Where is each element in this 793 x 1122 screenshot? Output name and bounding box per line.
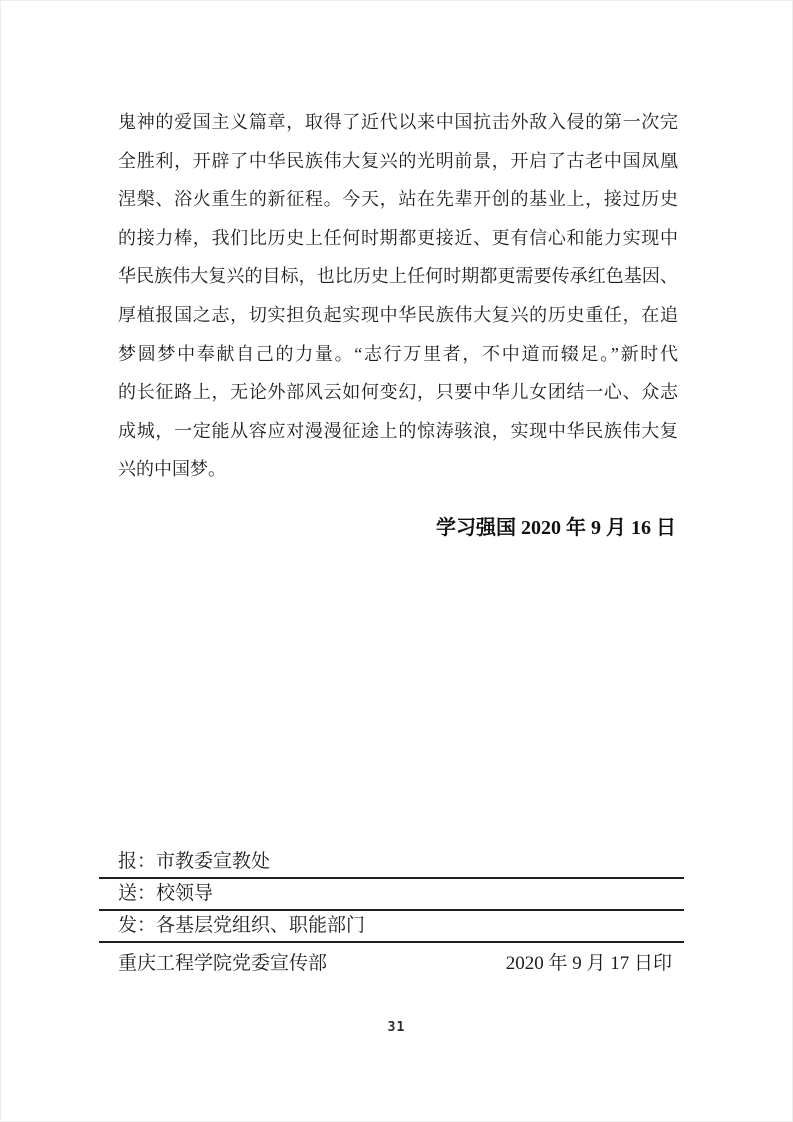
print-date: 2020 年 9 月 17 日印 [506, 950, 672, 978]
body-line: 的接力棒，我们比历史上任何时期都更接近、更有信心和能力实现中 [118, 219, 678, 258]
page-number: 31 [0, 1020, 793, 1035]
distribution-block: 报：市教委宣教处 送：校领导 发：各基层党组织、职能部门 重庆工程学院党委宣传部… [99, 847, 684, 978]
body-line: 成城，一定能从容应对漫漫征途上的惊涛骇浪，实现中华民族伟大复 [118, 412, 678, 451]
body-paragraph: 鬼神的爱国主义篇章，取得了近代以来中国抗击外敌入侵的第一次完 全胜利，开辟了中华… [118, 103, 678, 489]
distribution-row-issue: 发：各基层党组织、职能部门 [99, 911, 684, 943]
signature-date: 学习强国 2020 年 9 月 16 日 [118, 512, 676, 544]
distribution-row-send: 送：校领导 [99, 879, 684, 911]
document-page: 鬼神的爱国主义篇章，取得了近代以来中国抗击外敌入侵的第一次完 全胜利，开辟了中华… [0, 0, 793, 1122]
body-line: 华民族伟大复兴的目标，也比历史上任何时期都更需要传承红色基因、 [118, 257, 678, 296]
body-line: 鬼神的爱国主义篇章，取得了近代以来中国抗击外敌入侵的第一次完 [118, 103, 678, 142]
distribution-row-report: 报：市教委宣教处 [99, 847, 684, 879]
body-line: 梦圆梦中奉献自己的力量。“志行万里者，不中道而辍足。”新时代 [118, 335, 678, 374]
publisher-row: 重庆工程学院党委宣传部 2020 年 9 月 17 日印 [99, 943, 684, 978]
body-line: 全胜利，开辟了中华民族伟大复兴的光明前景，开启了古老中国凤凰 [118, 142, 678, 181]
body-line: 涅槃、浴火重生的新征程。今天，站在先辈开创的基业上，接过历史 [118, 180, 678, 219]
body-line: 厚植报国之志，切实担负起实现中华民族伟大复兴的历史重任，在追 [118, 296, 678, 335]
publisher-name: 重庆工程学院党委宣传部 [118, 950, 327, 978]
body-line: 兴的中国梦。 [118, 450, 678, 489]
body-line: 的长征路上，无论外部风云如何变幻，只要中华儿女团结一心、众志 [118, 373, 678, 412]
